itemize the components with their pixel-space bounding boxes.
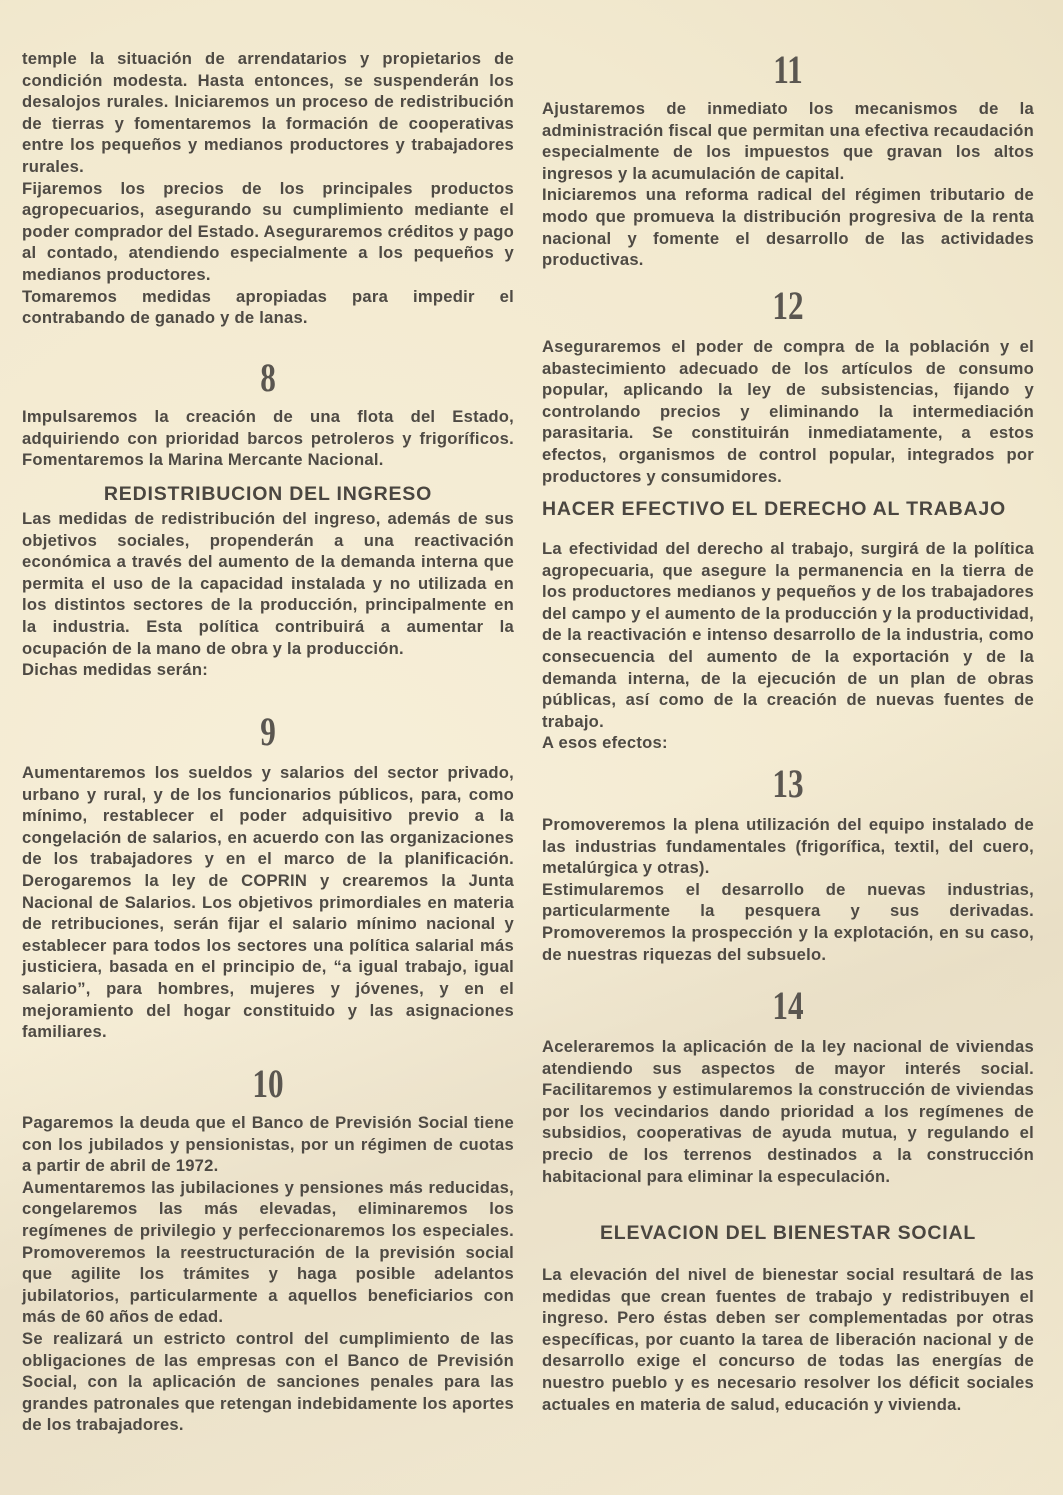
item-number-10: 10 (76, 1064, 460, 1104)
item-number-12: 12 (596, 286, 980, 326)
paragraph: A esos efectos: (542, 732, 1034, 754)
newspaper-page: temple la situación de arrendatarios y p… (0, 0, 1063, 1495)
paragraph: La efectividad del derecho al trabajo, s… (542, 538, 1034, 732)
paragraph: La elevación del nivel de bienestar soci… (542, 1264, 1034, 1415)
paragraph: Fijaremos los precios de los principales… (22, 178, 514, 286)
item-number-8: 8 (76, 358, 460, 398)
item-11-body: Ajustaremos de inmediato los mecanismos … (542, 98, 1034, 271)
section-bienestar-body: La elevación del nivel de bienestar soci… (542, 1264, 1034, 1415)
section-title-redistribucion: REDISTRIBUCION DEL INGRESO (22, 483, 514, 506)
item-number-11: 11 (596, 50, 980, 90)
paragraph: Ajustaremos de inmediato los mecanismos … (542, 98, 1034, 184)
item-13-body: Promoveremos la plena utilización del eq… (542, 814, 1034, 965)
section-trabajo-body: La efectividad del derecho al trabajo, s… (542, 538, 1034, 754)
paragraph: Tomaremos medidas apropiadas para impedi… (22, 286, 514, 329)
section-title-bienestar: ELEVACION DEL BIENESTAR SOCIAL (542, 1222, 1034, 1245)
paragraph: Aumentaremos los sueldos y salarios del … (22, 762, 514, 1043)
paragraph: Aseguraremos el poder de compra de la po… (542, 336, 1034, 487)
item-number-14: 14 (596, 986, 980, 1026)
paragraph: Estimularemos el desarrollo de nuevas in… (542, 879, 1034, 965)
item-9-body: Aumentaremos los sueldos y salarios del … (22, 762, 514, 1043)
item-number-13: 13 (596, 764, 980, 804)
paragraph: Promoveremos la plena utilización del eq… (542, 814, 1034, 879)
item-14-body: Aceleraremos la aplicación de la ley nac… (542, 1036, 1034, 1187)
paragraph: Las medidas de redistribución del ingres… (22, 508, 514, 659)
paragraph: Aumentaremos las jubilaciones y pensione… (22, 1177, 514, 1328)
section-title-trabajo: HACER EFECTIVO EL DERECHO AL TRABAJO (542, 498, 1034, 521)
paragraph: Pagaremos la deuda que el Banco de Previ… (22, 1112, 514, 1177)
item-10-body: Pagaremos la deuda que el Banco de Previ… (22, 1112, 514, 1436)
paragraph: Se realizará un estricto control del cum… (22, 1328, 514, 1436)
paragraph: Iniciaremos una reforma radical del régi… (542, 184, 1034, 270)
paragraph: temple la situación de arrendatarios y p… (22, 48, 514, 178)
paragraph: Dichas medidas serán: (22, 659, 514, 681)
item-number-9: 9 (76, 712, 460, 752)
paragraph: Aceleraremos la aplicación de la ley nac… (542, 1036, 1034, 1187)
intro-block: temple la situación de arrendatarios y p… (22, 48, 514, 329)
paragraph: Impulsaremos la creación de una flota de… (22, 406, 514, 471)
item-8-body: Impulsaremos la creación de una flota de… (22, 406, 514, 471)
item-12-body: Aseguraremos el poder de compra de la po… (542, 336, 1034, 487)
section-redistribucion-body: Las medidas de redistribución del ingres… (22, 508, 514, 681)
